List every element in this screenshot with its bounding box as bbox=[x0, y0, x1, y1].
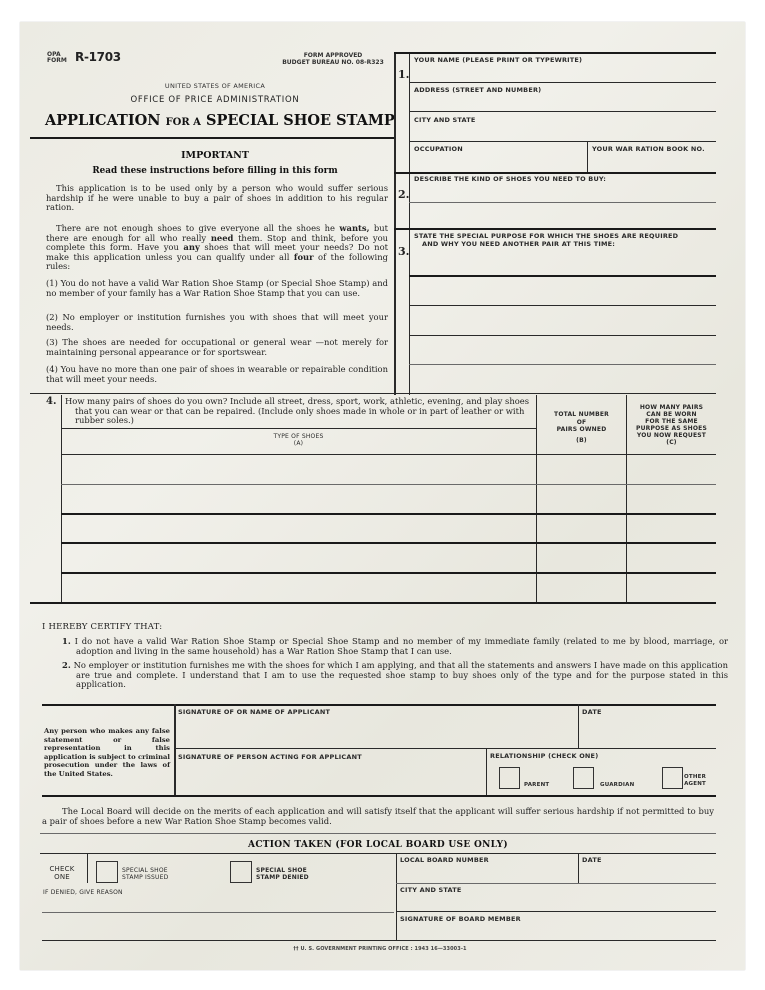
table-row bbox=[62, 572, 716, 602]
shoes-table bbox=[62, 455, 716, 603]
type-cell[interactable] bbox=[62, 572, 535, 601]
instructions-para1: This application is to be used only by a… bbox=[46, 184, 388, 213]
rule bbox=[61, 428, 536, 429]
type-cell[interactable] bbox=[62, 542, 535, 571]
certify-item-1-text: I do not have a valid War Ration Shoe St… bbox=[75, 636, 728, 656]
para2-any: any bbox=[183, 242, 199, 252]
para2-need: need bbox=[211, 233, 234, 243]
certify-item-2-num: 2. bbox=[62, 660, 71, 670]
country-line: UNITED STATES OF AMERICA bbox=[110, 82, 320, 90]
section1-number: 1. bbox=[398, 68, 409, 81]
col-total-header: TOTAL NUMBER OF PAIRS OWNED (b) bbox=[537, 411, 626, 444]
rule bbox=[409, 111, 716, 112]
board-date-label: DATE bbox=[582, 856, 602, 864]
rule bbox=[486, 748, 487, 796]
agent-signature-input[interactable] bbox=[176, 761, 484, 794]
ration-book-input[interactable] bbox=[589, 153, 715, 171]
purpose-label-line2: AND WHY YOU NEED ANOTHER PAIR AT THIS TI… bbox=[422, 240, 615, 248]
approved-line1: FORM APPROVED bbox=[268, 52, 398, 59]
rule bbox=[30, 602, 716, 604]
rule-4: (4) You have no more than one pair of sh… bbox=[46, 365, 388, 384]
occupation-input[interactable] bbox=[410, 153, 586, 171]
section4-number: 4. bbox=[46, 396, 56, 407]
col-b-line1: TOTAL NUMBER bbox=[537, 411, 626, 419]
col-c-letter: (c) bbox=[627, 439, 716, 446]
denied-line1: SPECIAL SHOE bbox=[256, 867, 309, 874]
same-purpose-cell[interactable] bbox=[627, 484, 716, 512]
col-a-title: TYPE OF SHOES bbox=[61, 433, 536, 440]
false-statement-warning: Any person who makes any false statement… bbox=[44, 727, 170, 779]
board-member-signature-input[interactable] bbox=[398, 923, 714, 939]
rule bbox=[42, 940, 716, 941]
instructions-para2: There are not enough shoes to give every… bbox=[46, 224, 388, 272]
col-b-letter: (b) bbox=[537, 437, 626, 445]
form-label: FORM bbox=[47, 58, 67, 64]
action-heading: ACTION TAKEN (FOR LOCAL BOARD USE ONLY) bbox=[40, 840, 716, 850]
deny-reason-label: IF DENIED, GIVE REASON bbox=[43, 889, 123, 896]
certify-item-2-text: No employer or institution furnishes me … bbox=[74, 660, 728, 689]
issued-line1: SPECIAL SHOE bbox=[122, 867, 168, 874]
applicant-signature-label: SIGNATURE OF OR NAME OF APPLICANT bbox=[178, 708, 330, 716]
col-b-line3: PAIRS OWNED bbox=[537, 426, 626, 434]
page-title: APPLICATION FOR A SPECIAL SHOE STAMP bbox=[45, 112, 395, 129]
rule bbox=[61, 484, 716, 485]
type-cell[interactable] bbox=[62, 484, 535, 512]
rule bbox=[587, 141, 588, 172]
rule bbox=[578, 853, 579, 883]
col-c-line1: HOW MANY PAIRS bbox=[627, 404, 716, 411]
rule bbox=[396, 883, 716, 884]
stamp-denied-label: SPECIAL SHOE STAMP DENIED bbox=[256, 867, 309, 881]
issued-line2: STAMP ISSUED bbox=[122, 874, 168, 881]
certify-item-1: 1. I do not have a valid War Ration Shoe… bbox=[62, 637, 728, 656]
rule bbox=[40, 833, 716, 834]
section1-top-rule bbox=[394, 52, 716, 54]
certify-item-2: 2. No employer or institution furnishes … bbox=[62, 661, 728, 690]
local-board-note: The Local Board will decide on the merit… bbox=[42, 807, 714, 826]
rule bbox=[87, 853, 88, 883]
rule bbox=[42, 795, 716, 797]
table-row bbox=[62, 513, 716, 542]
table-row bbox=[62, 455, 716, 484]
guardian-label: GUARDIAN bbox=[600, 782, 634, 788]
col-type-header: TYPE OF SHOES (a) bbox=[61, 433, 536, 447]
same-purpose-cell[interactable] bbox=[627, 513, 716, 541]
check-one-label: CHECK ONE bbox=[40, 866, 84, 881]
rule bbox=[409, 275, 716, 277]
rule bbox=[42, 704, 716, 706]
name-input[interactable] bbox=[410, 64, 715, 82]
board-city-label: CITY AND STATE bbox=[400, 886, 462, 894]
stamp-issued-checkbox[interactable] bbox=[96, 861, 118, 883]
rule bbox=[409, 141, 716, 142]
section2-number: 2. bbox=[398, 188, 409, 201]
occupation-label: OCCUPATION bbox=[414, 145, 463, 153]
rule bbox=[30, 393, 716, 394]
col-c-line4: PURPOSE AS SHOES bbox=[627, 425, 716, 432]
total-cell[interactable] bbox=[537, 542, 625, 571]
total-cell[interactable] bbox=[537, 455, 625, 483]
para2-wants: wants, bbox=[339, 223, 369, 233]
col-c-line2: CAN BE WORN bbox=[627, 411, 716, 418]
board-number-label: LOCAL BOARD NUMBER bbox=[400, 856, 489, 864]
rule bbox=[409, 305, 716, 306]
rule bbox=[409, 335, 716, 336]
ration-book-label: YOUR WAR RATION BOOK No. bbox=[592, 145, 705, 153]
board-number-input[interactable] bbox=[398, 864, 576, 882]
deny-reason-input[interactable] bbox=[42, 896, 394, 938]
rule bbox=[396, 911, 716, 912]
approved-line2: BUDGET BUREAU NO. 08-R323 bbox=[268, 59, 398, 66]
rule bbox=[409, 202, 716, 203]
stamp-denied-checkbox[interactable] bbox=[230, 861, 252, 883]
rule bbox=[61, 513, 716, 515]
rule bbox=[409, 82, 716, 83]
purpose-input[interactable] bbox=[410, 248, 715, 392]
agent-signature-label: SIGNATURE OF PERSON ACTING FOR APPLICANT bbox=[178, 753, 362, 761]
guardian-checkbox[interactable] bbox=[573, 767, 594, 789]
title-for-a: FOR A bbox=[166, 117, 201, 128]
type-cell[interactable] bbox=[62, 455, 535, 483]
same-purpose-cell[interactable] bbox=[627, 542, 716, 571]
para2-four: four bbox=[294, 252, 314, 262]
other-label: OTHER bbox=[684, 774, 706, 781]
same-purpose-cell[interactable] bbox=[627, 455, 716, 483]
printer-imprint: †† U. S. GOVERNMENT PRINTING OFFICE : 19… bbox=[250, 946, 510, 952]
para2-text-a: There are not enough shoes to give every… bbox=[56, 223, 339, 233]
rule bbox=[175, 748, 716, 749]
shoe-kind-label: DESCRIBE THE KIND OF SHOES YOU NEED TO B… bbox=[414, 175, 606, 183]
left-divider bbox=[394, 52, 396, 395]
total-cell[interactable] bbox=[537, 513, 625, 541]
board-member-signature-label: SIGNATURE OF BOARD MEMBER bbox=[400, 915, 521, 923]
table-row bbox=[62, 484, 716, 513]
certify-item-1-num: 1. bbox=[62, 636, 71, 646]
applicant-date-label: DATE bbox=[582, 708, 602, 716]
agency-line: OFFICE OF PRICE ADMINISTRATION bbox=[90, 95, 340, 105]
stamp-issued-label: SPECIAL SHOE STAMP ISSUED bbox=[122, 867, 168, 881]
rule bbox=[578, 704, 579, 748]
instructions-subheading: Read these instructions before filling i… bbox=[30, 166, 400, 176]
col-c-line3: FOR THE SAME bbox=[627, 418, 716, 425]
parent-checkbox[interactable] bbox=[499, 767, 520, 789]
rule bbox=[396, 853, 397, 940]
title-application: APPLICATION bbox=[45, 112, 161, 129]
board-city-input[interactable] bbox=[398, 894, 714, 910]
city-state-input[interactable] bbox=[410, 124, 715, 140]
title-special-shoe-stamp: SPECIAL SHOE STAMP bbox=[206, 112, 395, 129]
parent-label: PARENT bbox=[524, 782, 549, 788]
form-number: R-1703 bbox=[75, 50, 121, 64]
rule-2: (2) No employer or institution furnishes… bbox=[46, 313, 388, 332]
rule-1: (1) You do not have a valid War Ration S… bbox=[46, 279, 388, 298]
col-same-purpose-header: HOW MANY PAIRS CAN BE WORN FOR THE SAME … bbox=[627, 404, 716, 446]
total-cell[interactable] bbox=[537, 572, 625, 601]
shoe-kind-input[interactable] bbox=[410, 183, 715, 226]
same-purpose-cell[interactable] bbox=[627, 572, 716, 601]
section4-question: How many pairs of shoes do you own? Incl… bbox=[65, 397, 537, 426]
agent-label: AGENT bbox=[684, 781, 706, 788]
rule bbox=[409, 364, 716, 365]
rule bbox=[394, 172, 716, 174]
denied-line2: STAMP DENIED bbox=[256, 874, 309, 881]
check-line2: ONE bbox=[40, 874, 84, 882]
applicant-signature-input[interactable] bbox=[176, 716, 577, 746]
certify-heading: I HEREBY CERTIFY THAT: bbox=[42, 622, 162, 632]
other-agent-label: OTHER AGENT bbox=[684, 774, 706, 788]
board-date-input[interactable] bbox=[580, 864, 715, 882]
purpose-label-line1: STATE THE SPECIAL PURPOSE FOR WHICH THE … bbox=[414, 232, 678, 240]
rule bbox=[40, 853, 716, 854]
rule bbox=[394, 228, 716, 230]
important-heading: IMPORTANT bbox=[30, 150, 400, 161]
col-b-line2: OF bbox=[537, 419, 626, 427]
total-cell[interactable] bbox=[537, 484, 625, 512]
applicant-date-input[interactable] bbox=[580, 716, 715, 746]
table-row bbox=[62, 542, 716, 572]
relationship-label: RELATIONSHIP (CHECK ONE) bbox=[490, 752, 598, 760]
rule-3: (3) The shoes are needed for occupationa… bbox=[46, 338, 388, 357]
rule bbox=[61, 542, 716, 544]
name-label: YOUR NAME (PLEASE PRINT OR TYPEWRITE) bbox=[414, 56, 582, 64]
form-approved: FORM APPROVED BUDGET BUREAU NO. 08-R323 bbox=[268, 52, 398, 66]
col-a-letter: (a) bbox=[61, 440, 536, 447]
address-label: ADDRESS (STREET AND NUMBER) bbox=[414, 86, 541, 94]
other-agent-checkbox[interactable] bbox=[662, 767, 683, 789]
opa-form-label: OPA FORM bbox=[47, 52, 67, 64]
section3-number: 3. bbox=[398, 245, 409, 258]
rule bbox=[42, 912, 394, 913]
type-cell[interactable] bbox=[62, 513, 535, 541]
title-underline bbox=[30, 137, 395, 139]
address-input[interactable] bbox=[410, 94, 715, 110]
city-state-label: CITY AND STATE bbox=[414, 116, 476, 124]
rule bbox=[61, 572, 716, 574]
col-c-line5: YOU NOW REQUEST bbox=[627, 432, 716, 439]
